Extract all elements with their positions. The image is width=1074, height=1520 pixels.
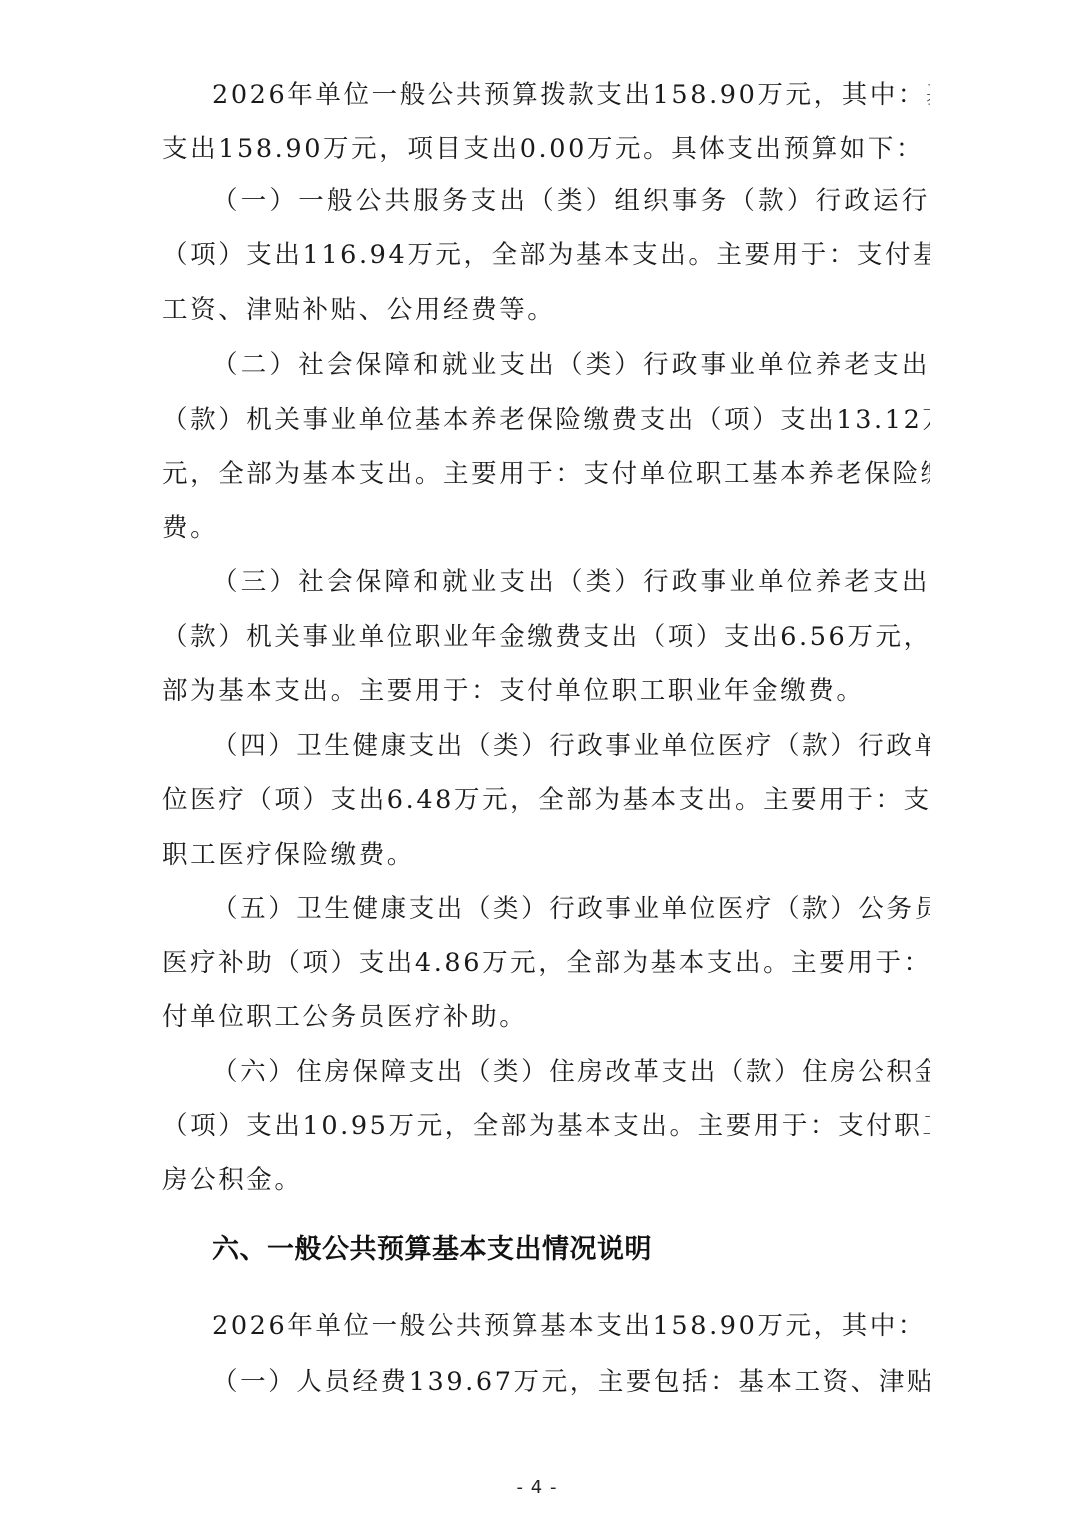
document-page: 2026年单位一般公共预算拨款支出158.90万元，其中：基本 支出158.90… — [0, 0, 1074, 1520]
paragraph-item-1-line-3: 工资、津贴补贴、公用经费等。 — [162, 290, 930, 330]
paragraph-item-4-line-1: （四）卫生健康支出（类）行政事业单位医疗（款）行政单 — [212, 726, 930, 766]
paragraph-intro-line-2: 支出158.90万元，项目支出0.00万元。具体支出预算如下： — [162, 129, 930, 169]
paragraph-item-5-line-1: （五）卫生健康支出（类）行政事业单位医疗（款）公务员 — [212, 889, 930, 929]
paragraph-item-5-line-2: 医疗补助（项）支出4.86万元，全部为基本支出。主要用于：支 — [162, 943, 930, 983]
paragraph-item-2-line-3: 元，全部为基本支出。主要用于：支付单位职工基本养老保险缴 — [162, 454, 930, 494]
paragraph-item-3-line-1: （三）社会保障和就业支出（类）行政事业单位养老支出 — [212, 562, 930, 602]
paragraph-item-2-line-1: （二）社会保障和就业支出（类）行政事业单位养老支出 — [212, 345, 930, 385]
paragraph-item-4-line-2: 位医疗（项）支出6.48万元，全部为基本支出。主要用于：支付 — [162, 780, 930, 820]
paragraph-item-3-line-2: （款）机关事业单位职业年金缴费支出（项）支出6.56万元，全 — [162, 617, 930, 657]
paragraph-basic-intro-line-1: 2026年单位一般公共预算基本支出158.90万元，其中： — [212, 1306, 930, 1346]
paragraph-intro-line-1: 2026年单位一般公共预算拨款支出158.90万元，其中：基本 — [212, 75, 930, 115]
paragraph-item-5-line-3: 付单位职工公务员医疗补助。 — [162, 997, 930, 1037]
page-number: - 4 - — [0, 1476, 1074, 1500]
paragraph-item-6-line-3: 房公积金。 — [162, 1160, 930, 1200]
paragraph-item-6-line-2: （项）支出10.95万元，全部为基本支出。主要用于：支付职工住 — [162, 1106, 930, 1146]
paragraph-item-2-line-2: （款）机关事业单位基本养老保险缴费支出（项）支出13.12万 — [162, 400, 930, 440]
paragraph-item-4-line-3: 职工医疗保险缴费。 — [162, 835, 930, 875]
paragraph-item-2-line-4: 费。 — [162, 508, 930, 548]
paragraph-item-6-line-1: （六）住房保障支出（类）住房改革支出（款）住房公积金 — [212, 1052, 930, 1092]
paragraph-personnel-line-1: （一）人员经费139.67万元，主要包括：基本工资、津贴补 — [212, 1362, 930, 1402]
section-heading: 六、一般公共预算基本支出情况说明 — [212, 1228, 652, 1272]
paragraph-item-3-line-3: 部为基本支出。主要用于：支付单位职工职业年金缴费。 — [162, 671, 930, 711]
paragraph-item-1-line-2: （项）支出116.94万元，全部为基本支出。主要用于：支付基本 — [162, 235, 930, 275]
paragraph-item-1-line-1: （一）一般公共服务支出（类）组织事务（款）行政运行 — [212, 181, 930, 221]
